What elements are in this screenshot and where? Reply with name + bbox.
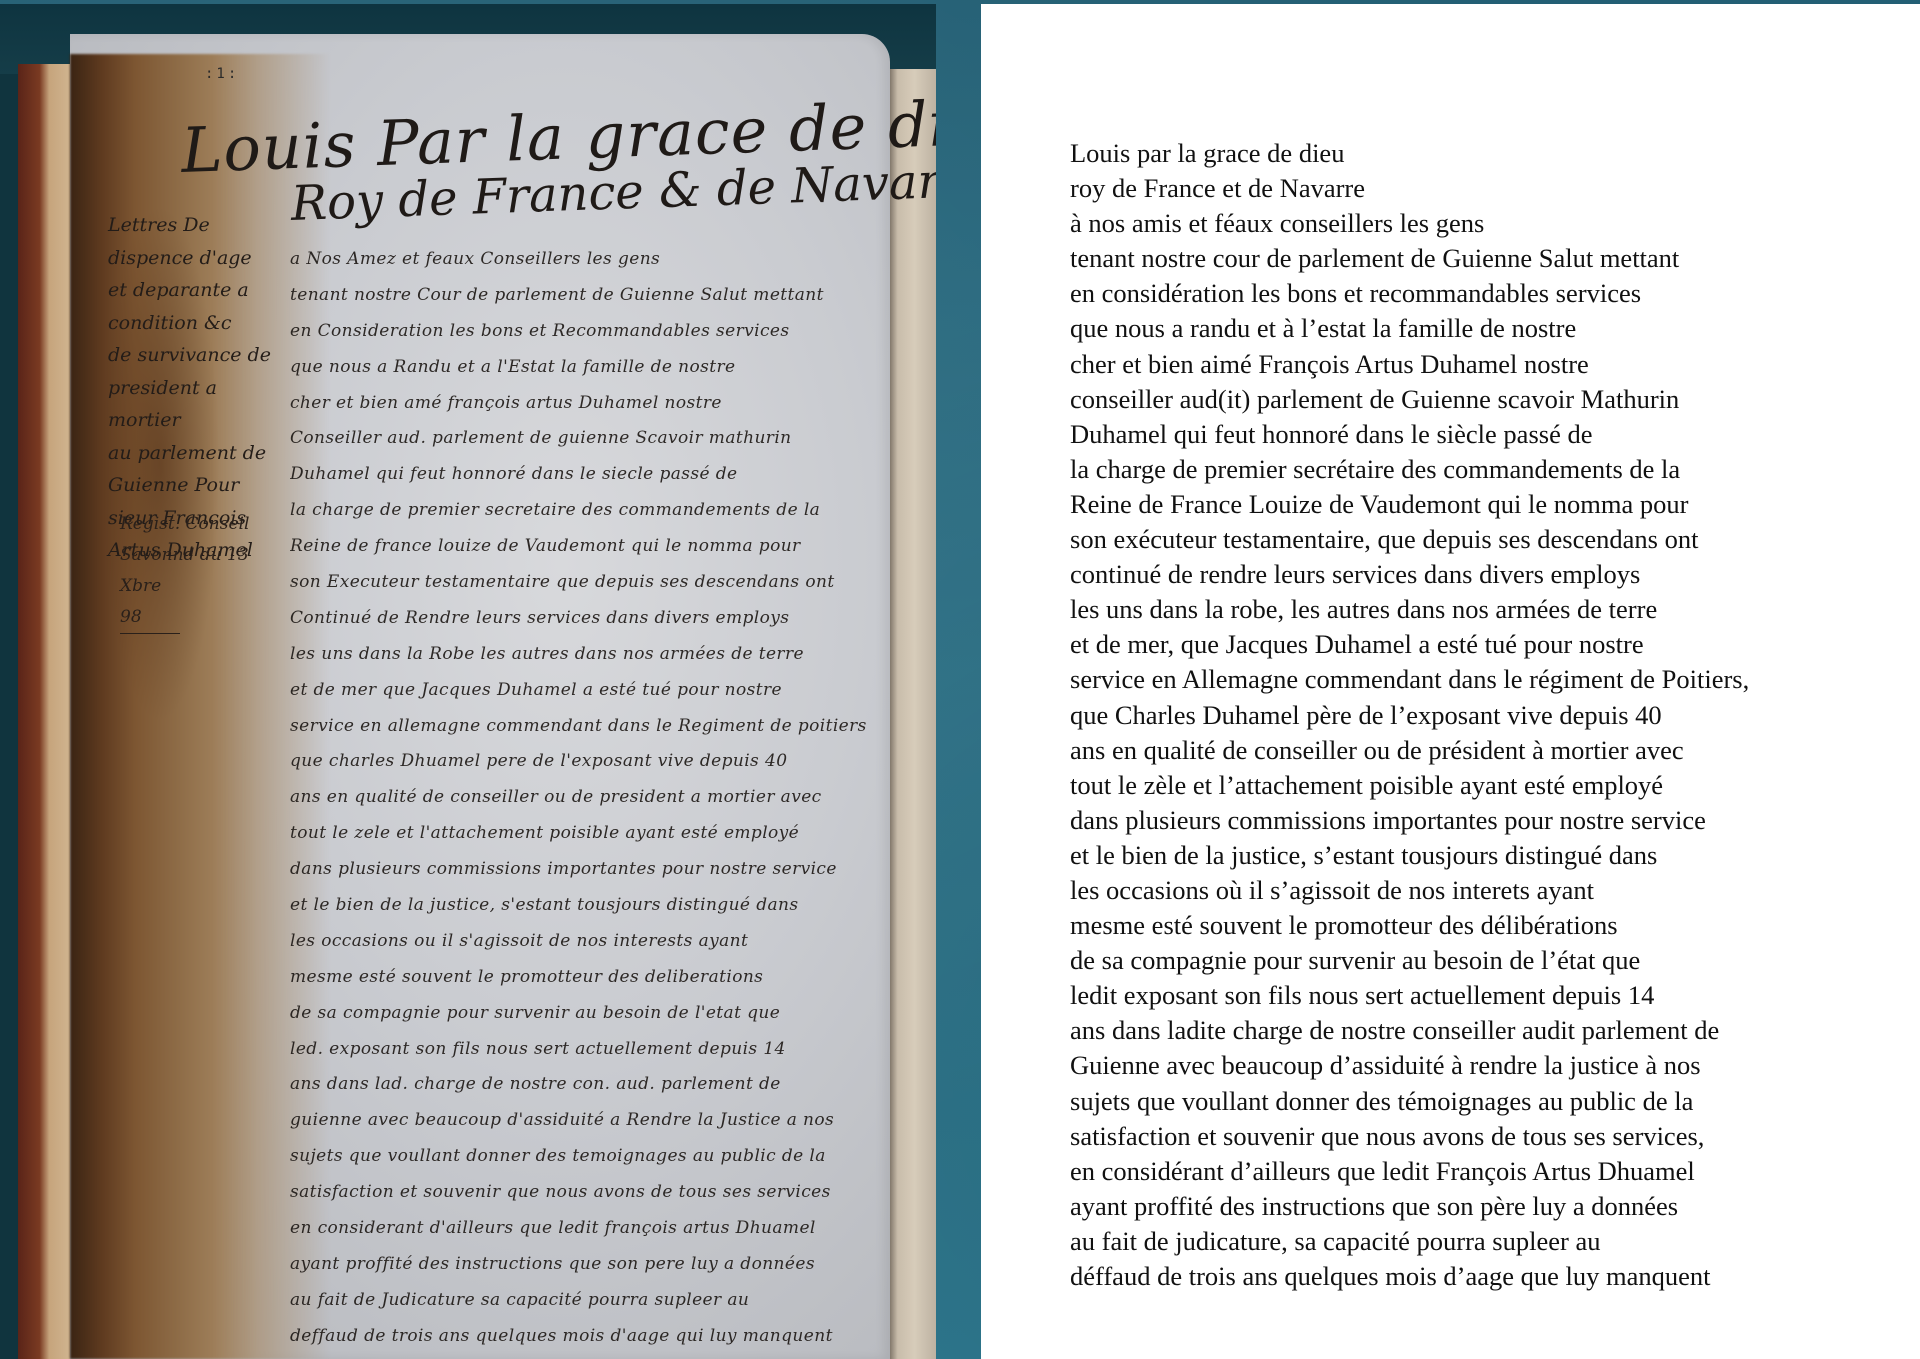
margin-note-line: et deparante a: [108, 274, 288, 307]
manuscript-line: tenant nostre Cour de parlement de Guien…: [290, 278, 875, 314]
manuscript-line: Conseiller aud. parlement de guienne Sca…: [290, 421, 875, 457]
transcription-line: les occasions où il s’agissoit de nos in…: [1070, 873, 1749, 908]
manuscript-line: la charge de premier secretaire des comm…: [290, 493, 875, 529]
transcription-line: Duhamel qui feut honnoré dans le siècle …: [1070, 417, 1749, 452]
manuscript-line: Reine de france louize de Vaudemont qui …: [290, 529, 875, 565]
manuscript-line: ans en qualité de conseiller ou de presi…: [290, 780, 875, 816]
manuscript-line: satisfaction et souvenir que nous avons …: [290, 1175, 875, 1211]
margin-note-line: Guienne Pour: [108, 469, 288, 502]
transcription-line: roy de France et de Navarre: [1070, 171, 1749, 206]
transcription-line: mesme esté souvent le promotteur des dél…: [1070, 908, 1749, 943]
manuscript-line: au fait de Judicature sa capacité pourra…: [290, 1283, 875, 1319]
transcription-line: à nos amis et féaux conseillers les gens: [1070, 206, 1749, 241]
transcription-line: que nous a randu et à l’estat la famille…: [1070, 311, 1749, 346]
transcription-line: les uns dans la robe, les autres dans no…: [1070, 592, 1749, 627]
margin-note-line: president a mortier: [108, 372, 288, 437]
transcription-line: en considération les bons et recommandab…: [1070, 276, 1749, 311]
manuscript-line: en considerant d'ailleurs que ledit fran…: [290, 1211, 875, 1247]
transcription-line: cher et bien aimé François Artus Duhamel…: [1070, 347, 1749, 382]
manuscript-line: Duhamel qui feut honnoré dans le siecle …: [290, 457, 875, 493]
registration-note-line: Regist. Conseil: [120, 509, 290, 540]
manuscript-line: que nous a Randu et a l'Estat la famille…: [290, 350, 875, 386]
transcription-line: Reine de France Louize de Vaudemont qui …: [1070, 487, 1749, 522]
manuscript-line: dans plusieurs commissions importantes p…: [290, 852, 875, 888]
manuscript-line: a Nos Amez et feaux Conseillers les gens: [290, 242, 875, 278]
manuscript-line: mesme esté souvent le promotteur des del…: [290, 960, 875, 996]
transcription-line: Louis par la grace de dieu: [1070, 136, 1749, 171]
transcription-line: continué de rendre leurs services dans d…: [1070, 557, 1749, 592]
manuscript-line: led. exposant son fils nous sert actuell…: [290, 1032, 875, 1068]
transcription-text: Louis par la grace de dieu roy de France…: [1070, 136, 1749, 1294]
transcription-panel: Louis par la grace de dieu roy de France…: [981, 4, 1920, 1359]
manuscript-line: Continué de Rendre leurs services dans d…: [290, 601, 875, 637]
manuscript-line: ans dans lad. charge de nostre con. aud.…: [290, 1067, 875, 1103]
manuscript-line: guienne avec beaucoup d'assiduité a Rend…: [290, 1103, 875, 1139]
transcription-line: service en Allemagne commendant dans le …: [1070, 662, 1749, 697]
manuscript-line: en Consideration les bons et Recommandab…: [290, 314, 875, 350]
manuscript-line: et de mer que Jacques Duhamel a esté tué…: [290, 673, 875, 709]
transcription-line: Guienne avec beaucoup d’assiduité à rend…: [1070, 1048, 1749, 1083]
manuscript-line: cher et bien amé françois artus Duhamel …: [290, 386, 875, 422]
transcription-line: de sa compagnie pour survenir au besoin …: [1070, 943, 1749, 978]
transcription-line: ans en qualité de conseiller ou de prési…: [1070, 733, 1749, 768]
folio-mark: :1:: [205, 66, 239, 82]
margin-note-line: Lettres De: [108, 209, 288, 242]
manuscript-line: et le bien de la justice, s'estant tousj…: [290, 888, 875, 924]
transcription-line: ayant proffité des instructions que son …: [1070, 1189, 1749, 1224]
manuscript-registration-note: Regist. Conseil Savonnd du 13 Xbre 98: [120, 509, 290, 634]
manuscript-line: les uns dans la Robe les autres dans nos…: [290, 637, 875, 673]
transcription-line: et le bien de la justice, s’estant tousj…: [1070, 838, 1749, 873]
manuscript-line: sujets que voullant donner des temoignag…: [290, 1139, 875, 1175]
manuscript-line: service en allemagne commendant dans le …: [290, 709, 875, 745]
manuscript-line: tout le zele et l'attachement poisible a…: [290, 816, 875, 852]
transcription-line: au fait de judicature, sa capacité pourr…: [1070, 1224, 1749, 1259]
manuscript-line: les occasions ou il s'agissoit de nos in…: [290, 924, 875, 960]
transcription-line: conseiller aud(it) parlement de Guienne …: [1070, 382, 1749, 417]
transcription-line: sujets que voullant donner des témoignag…: [1070, 1084, 1749, 1119]
transcription-line: ans dans ladite charge de nostre conseil…: [1070, 1013, 1749, 1048]
transcription-line: et de mer, que Jacques Duhamel a esté tu…: [1070, 627, 1749, 662]
margin-note-line: dispence d'age: [108, 242, 288, 275]
margin-note-line: condition &c: [108, 307, 288, 340]
transcription-line: déffaud de trois ans quelques mois d’aag…: [1070, 1259, 1749, 1294]
transcription-line: tout le zèle et l’attachement poisible a…: [1070, 768, 1749, 803]
book-next-page-edge: [886, 69, 936, 1359]
manuscript-line: son Executeur testamentaire que depuis s…: [290, 565, 875, 601]
transcription-line: satisfaction et souvenir que nous avons …: [1070, 1119, 1749, 1154]
margin-note-line: au parlement de: [108, 437, 288, 470]
registration-note-number: 98: [120, 602, 180, 634]
transcription-line: dans plusieurs commissions importantes p…: [1070, 803, 1749, 838]
transcription-line: en considérant d’ailleurs que ledit Fran…: [1070, 1154, 1749, 1189]
manuscript-line: ayant proffité des instructions que son …: [290, 1247, 875, 1283]
transcription-line: tenant nostre cour de parlement de Guien…: [1070, 241, 1749, 276]
manuscript-line: que charles Dhuamel pere de l'exposant v…: [290, 744, 875, 780]
manuscript-line: de sa compagnie pour survenir au besoin …: [290, 996, 875, 1032]
margin-note-line: de survivance de: [108, 339, 288, 372]
manuscript-photo: :1: Louis Par la grace de dieu Roy de Fr…: [0, 4, 936, 1359]
transcription-line: que Charles Duhamel père de l’exposant v…: [1070, 698, 1749, 733]
manuscript-body-text: a Nos Amez et feaux Conseillers les gens…: [290, 242, 875, 1355]
transcription-line: la charge de premier secrétaire des comm…: [1070, 452, 1749, 487]
manuscript-line: deffaud de trois ans quelques mois d'aag…: [290, 1319, 875, 1355]
registration-note-line: Savonnd du 13 Xbre: [120, 540, 290, 602]
transcription-line: ledit exposant son fils nous sert actuel…: [1070, 978, 1749, 1013]
transcription-line: son exécuteur testamentaire, que depuis …: [1070, 522, 1749, 557]
